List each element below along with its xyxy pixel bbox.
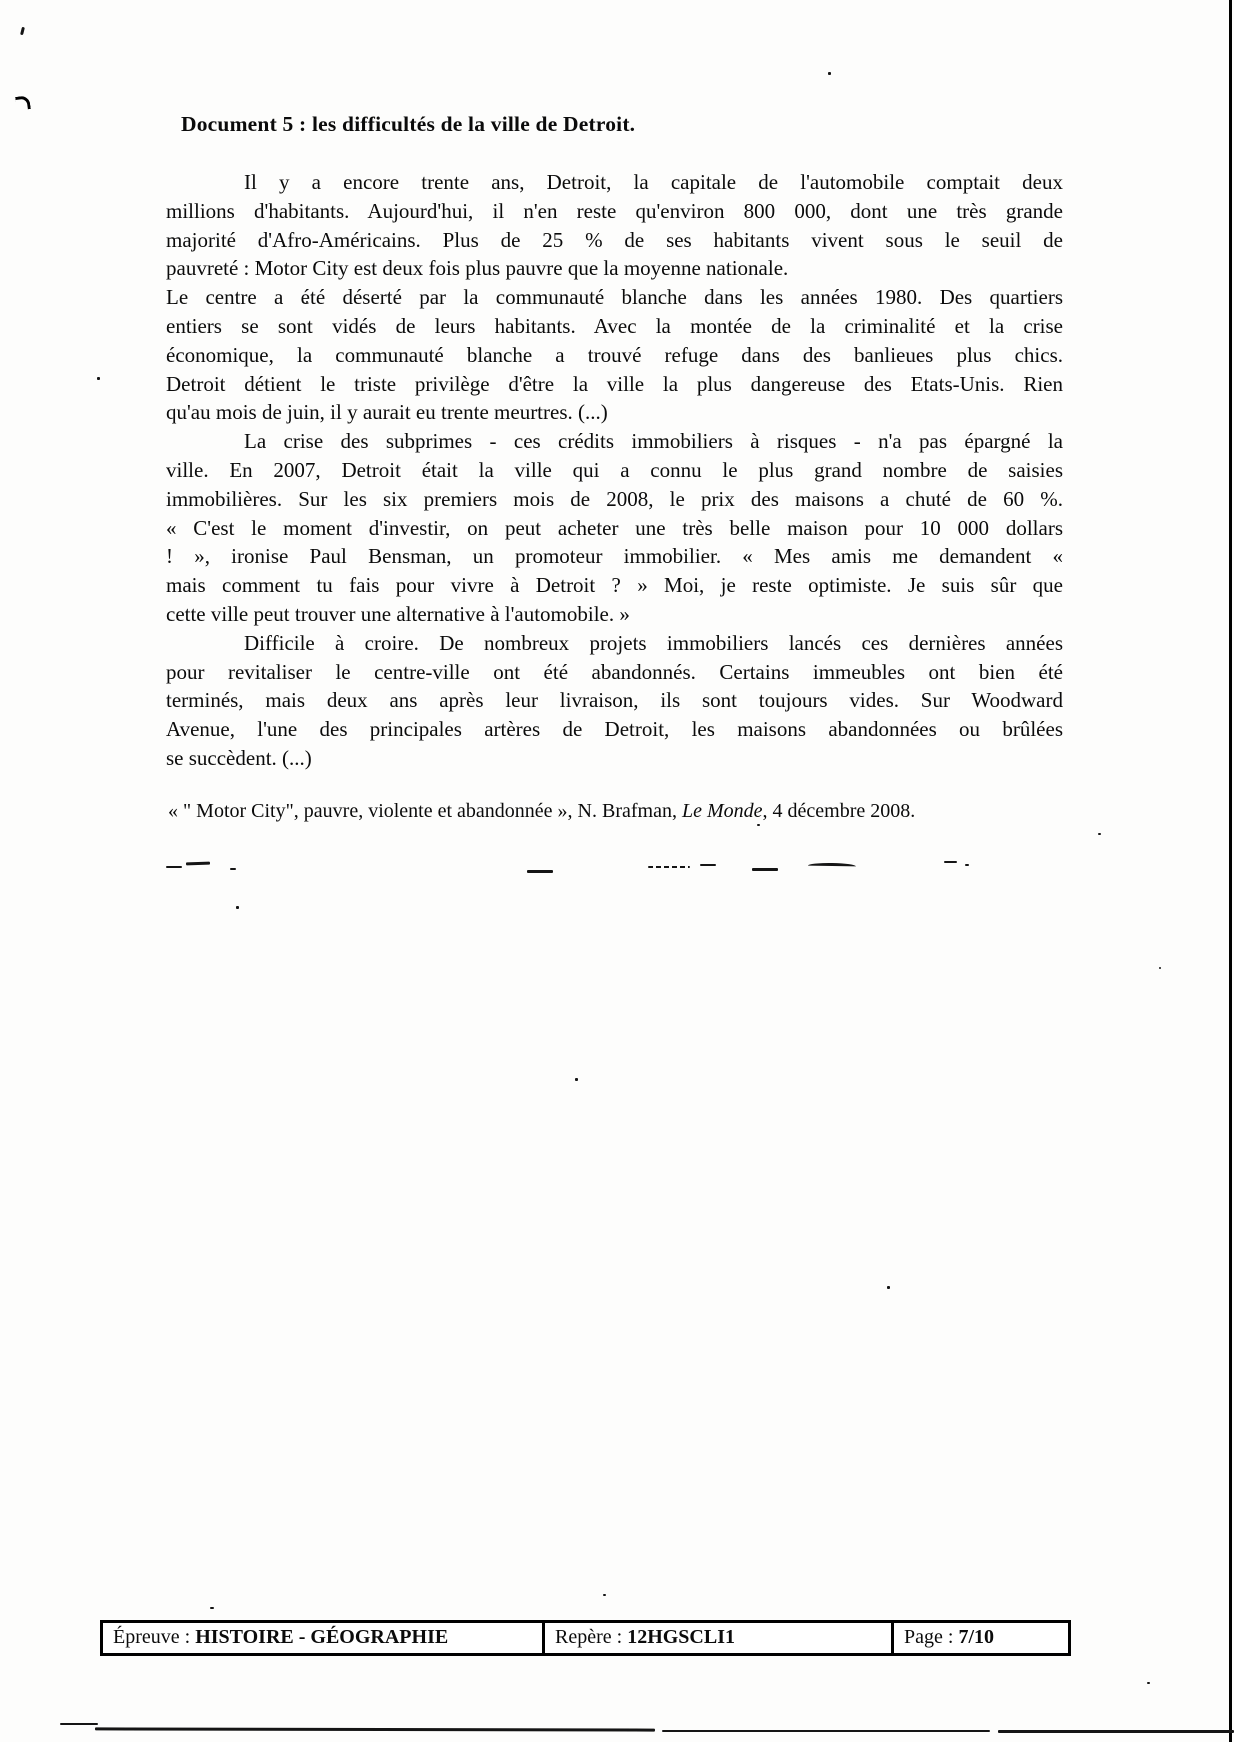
text-line: pauvreté : Motor City est deux fois plus… xyxy=(166,254,1063,283)
scan-speck xyxy=(15,95,31,111)
scan-dash xyxy=(186,862,210,866)
scan-bottom-line xyxy=(60,1723,98,1725)
scan-dash xyxy=(166,866,182,868)
scan-speck xyxy=(1098,833,1101,835)
scan-speck xyxy=(757,824,760,826)
text-line: pour revitaliser le centre-ville ont été… xyxy=(166,658,1063,687)
footer-cell-epreuve: Épreuve : HISTOIRE - GÉOGRAPHIE xyxy=(102,1622,544,1655)
footer-cell-repere: Repère : 12HGSCLI1 xyxy=(544,1622,893,1655)
footer-label: Épreuve : xyxy=(113,1626,190,1648)
document-title: Document 5 : les difficultés de la ville… xyxy=(181,112,635,137)
text-line: Il y a encore trente ans, Detroit, la ca… xyxy=(166,168,1063,197)
footer-table: Épreuve : HISTOIRE - GÉOGRAPHIE Repère :… xyxy=(100,1620,1071,1656)
footer-row: Épreuve : HISTOIRE - GÉOGRAPHIE Repère :… xyxy=(102,1622,1070,1655)
text-line: Le centre a été déserté par la communaut… xyxy=(166,283,1063,312)
scan-speck xyxy=(887,1286,890,1289)
text-line: ville. En 2007, Detroit était la ville q… xyxy=(166,456,1063,485)
text-line: se succèdent. (...) xyxy=(166,744,1063,773)
text-line: cette ville peut trouver une alternative… xyxy=(166,600,1063,629)
text-line: mais comment tu fais pour vivre à Detroi… xyxy=(166,571,1063,600)
scan-bottom-line xyxy=(998,1730,1234,1733)
scan-speck xyxy=(828,72,831,75)
scan-dash xyxy=(230,868,236,870)
scan-dash xyxy=(808,863,856,867)
scan-speck xyxy=(1147,1682,1150,1684)
footer-value: 12HGSCLI1 xyxy=(627,1626,735,1648)
scan-speck xyxy=(575,1078,578,1081)
text-line: millions d'habitants. Aujourd'hui, il n'… xyxy=(166,197,1063,226)
scan-speck xyxy=(97,377,100,380)
footer-value: 7/10 xyxy=(958,1626,994,1648)
scan-speck xyxy=(1159,967,1161,969)
scan-dash xyxy=(648,866,690,868)
scan-speck xyxy=(603,1594,606,1596)
scan-edge-line xyxy=(1229,0,1232,1742)
scan-dash xyxy=(752,868,778,871)
footer-cell-page: Page : 7/10 xyxy=(893,1622,1070,1655)
source-citation: « " Motor City", pauvre, violente et aba… xyxy=(168,800,915,823)
scan-bottom-line xyxy=(95,1727,655,1731)
citation-journal: Le Monde xyxy=(682,800,763,822)
scan-dash xyxy=(965,864,969,866)
text-line: majorité d'Afro-Américains. Plus de 25 %… xyxy=(166,226,1063,255)
footer-value: HISTOIRE - GÉOGRAPHIE xyxy=(195,1626,448,1648)
scan-speck xyxy=(20,27,25,35)
text-line: Detroit détient le triste privilège d'êt… xyxy=(166,370,1063,399)
scan-speck xyxy=(210,1607,214,1609)
scanned-document-page: Document 5 : les difficultés de la ville… xyxy=(0,0,1234,1742)
footer-label: Repère : xyxy=(555,1626,622,1648)
text-line: Avenue, l'une des principales artères de… xyxy=(166,715,1063,744)
footer-label: Page : xyxy=(904,1626,953,1648)
scan-speck xyxy=(236,906,239,909)
text-line: immobilières. Sur les six premiers mois … xyxy=(166,485,1063,514)
scan-speck xyxy=(306,301,308,303)
text-line: Difficile à croire. De nombreux projets … xyxy=(166,629,1063,658)
text-line: entiers se sont vidés de leurs habitants… xyxy=(166,312,1063,341)
text-line: « C'est le moment d'investir, on peut ac… xyxy=(166,514,1063,543)
citation-text: « " Motor City", pauvre, violente et aba… xyxy=(168,800,682,822)
scan-dash xyxy=(944,861,957,863)
text-line: ! », ironise Paul Bensman, un promoteur … xyxy=(166,542,1063,571)
text-line: qu'au mois de juin, il y aurait eu trent… xyxy=(166,398,1063,427)
scan-dash xyxy=(527,870,553,873)
document-body: Il y a encore trente ans, Detroit, la ca… xyxy=(166,168,1063,773)
citation-date: , 4 décembre 2008. xyxy=(763,800,916,822)
scan-dash xyxy=(700,864,716,866)
text-line: La crise des subprimes - ces crédits imm… xyxy=(166,427,1063,456)
text-line: économique, la communauté blanche a trou… xyxy=(166,341,1063,370)
text-line: terminés, mais deux ans après leur livra… xyxy=(166,686,1063,715)
scan-bottom-line xyxy=(662,1730,990,1732)
